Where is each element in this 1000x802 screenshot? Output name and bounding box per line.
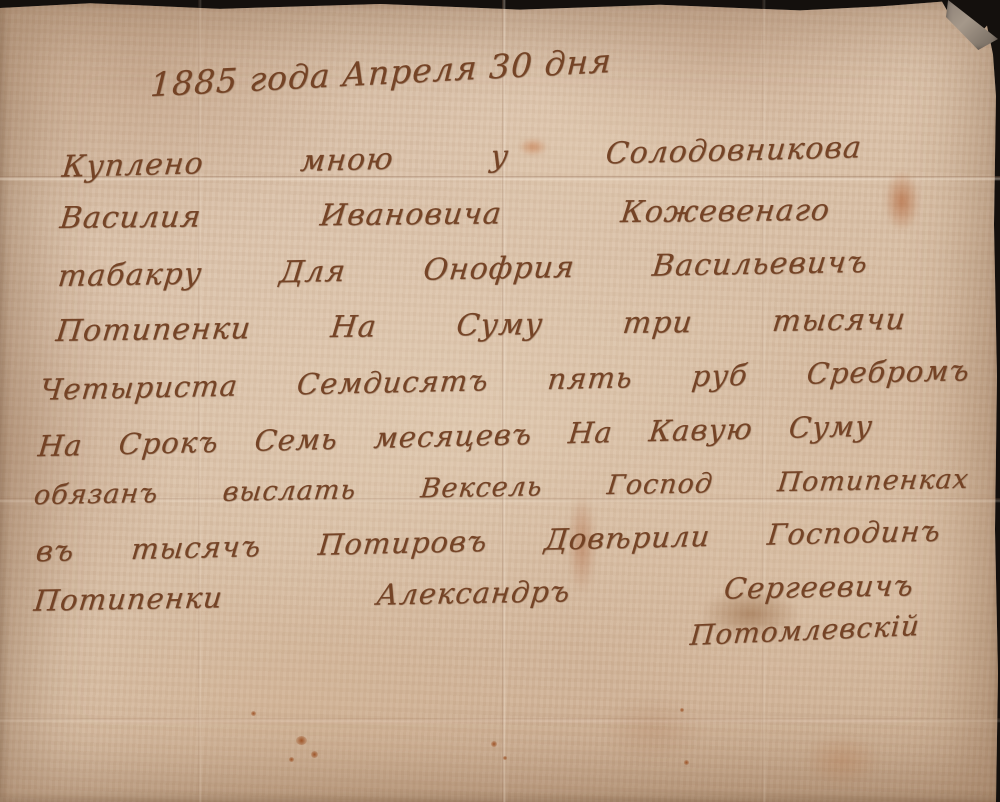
rust-spot: [251, 711, 256, 716]
vertical-fold-crease: [502, 0, 506, 802]
horizontal-crease: [0, 718, 1000, 723]
scanned-document: 1885 года Апреля 30 дня Куплено мною у С…: [0, 0, 1000, 802]
rust-spot: [491, 741, 497, 747]
rust-spot: [311, 751, 318, 758]
rust-spot: [296, 736, 307, 745]
rust-spot: [684, 760, 689, 765]
vertical-crease: [762, 0, 766, 802]
rust-spot: [680, 708, 684, 712]
rust-spot: [289, 757, 294, 762]
rust-spot: [503, 756, 507, 760]
